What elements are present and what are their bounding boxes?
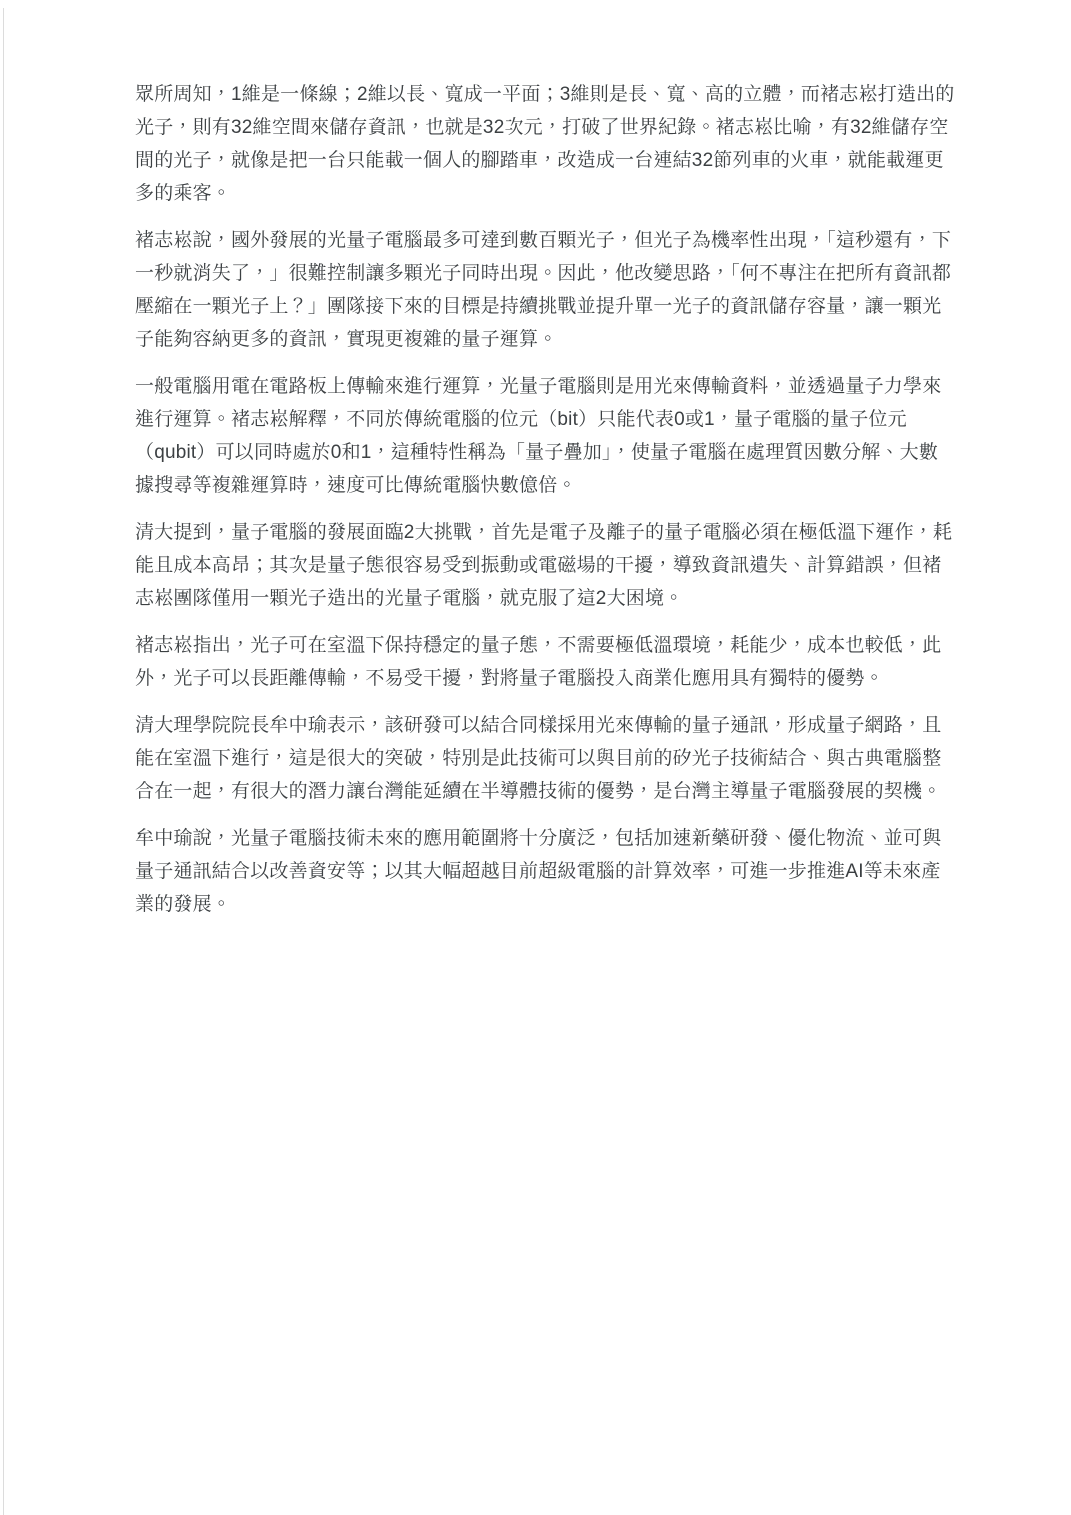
article-page: 眾所周知，1維是一條線；2維以長、寬成一平面；3維則是長、寬、高的立體，而褚志崧… [0, 0, 1071, 1515]
paragraph-dimensions-analogy: 眾所周知，1維是一條線；2維以長、寬成一平面；3維則是長、寬、高的立體，而褚志崧… [135, 78, 957, 210]
paragraph-photon-probability: 褚志崧說，國外發展的光量子電腦最多可達到數百顆光子，但光子為機率性出現，「這秒還… [135, 224, 957, 356]
paragraph-future-applications: 牟中瑜說，光量子電腦技術未來的應用範圍將十分廣泛，包括加速新藥研發、優化物流、並… [135, 822, 957, 921]
article-body: 眾所周知，1維是一條線；2維以長、寬成一平面；3維則是長、寬、高的立體，而褚志崧… [135, 78, 957, 921]
paragraph-two-challenges: 清大提到，量子電腦的發展面臨2大挑戰，首先是電子及離子的量子電腦必須在極低溫下運… [135, 516, 957, 615]
paragraph-room-temperature-advantage: 褚志崧指出，光子可在室溫下保持穩定的量子態，不需要極低溫環境，耗能少，成本也較低… [135, 629, 957, 695]
page-edge-divider [3, 8, 4, 1515]
paragraph-dean-statement: 清大理學院院長牟中瑜表示，該研發可以結合同樣採用光來傳輸的量子通訊，形成量子網路… [135, 709, 957, 808]
paragraph-qubit-explanation: 一般電腦用電在電路板上傳輸來進行運算，光量子電腦則是用光來傳輸資料，並透過量子力… [135, 370, 957, 502]
